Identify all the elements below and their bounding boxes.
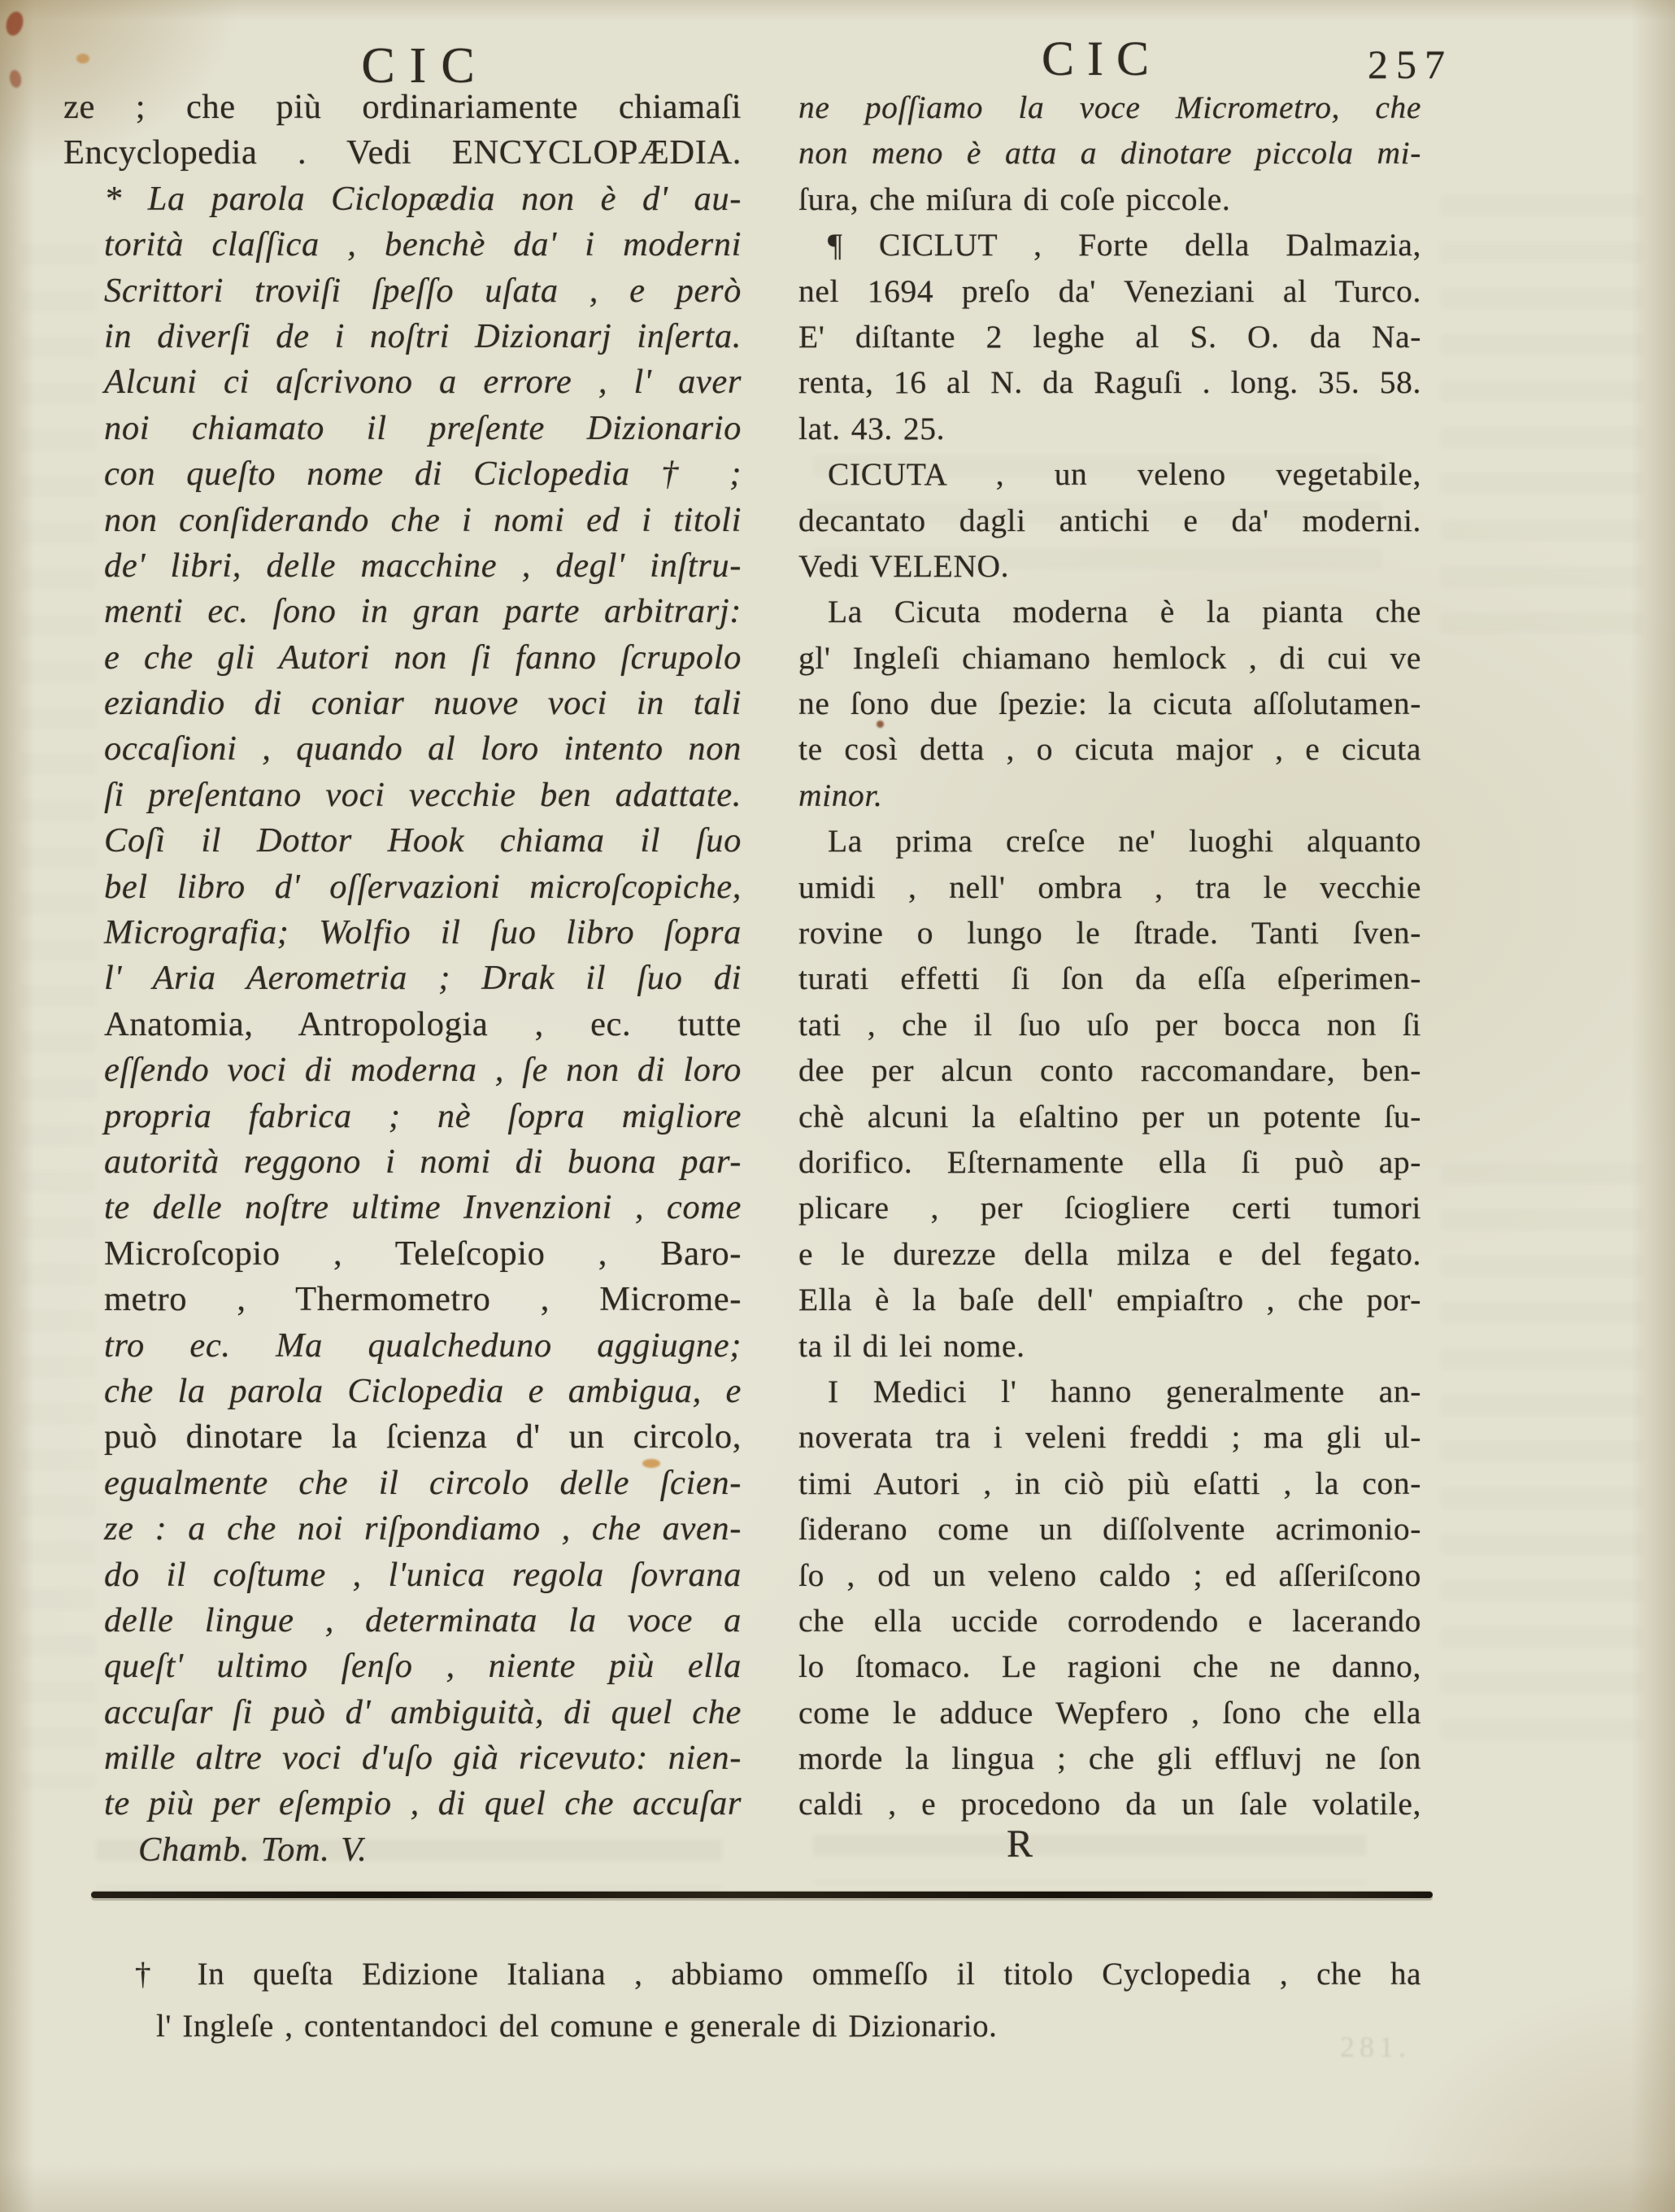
text-line: propria fabrica ; nè ſopra migliore [63,1094,742,1139]
text-line: E' diſtante 2 leghe al S. O. da Na- [798,314,1421,359]
text-line: Anatomia, Antropologia , ec. tutte [63,1002,742,1047]
text-line: bel libro d' oſſervazioni microſcopiche, [63,864,742,910]
text-line: l' Ingleſe , contentandoci del comune e … [135,2001,1421,2053]
text-line: occaſioni , quando al loro intento non [63,726,742,772]
left-column: ze ; che più ordinariamente chiamaſiEncy… [63,85,742,1873]
text-line: tati , che il ſuo uſo per bocca non ſi [798,1002,1421,1047]
text-line: delle lingue , determinata la voce a [63,1598,742,1644]
text-line: te più per eſempio , di quel che accuſar [63,1781,742,1827]
text-line: rovine o lungo le ſtrade. Tanti ſven- [798,910,1421,956]
text-line: che la parola Ciclopedia e ambigua, e [63,1369,742,1414]
text-line: La Cicuta moderna è la pianta che [798,589,1421,634]
text-line: non meno è atta a dinotare piccola mi- [798,130,1421,176]
text-line: caldi , e procedono da un ſale volatile, [798,1781,1421,1827]
text-line: Alcuni ci aſcrivono a errore , l' aver [63,359,742,405]
text-line: umidi , nell' ombra , tra le vecchie [798,864,1421,910]
text-line: Coſì il Dottor Hook chiama il ſuo [63,818,742,864]
text-line: ¶ CICLUT , Forte della Dalmazia, [798,222,1421,268]
ink-speck [3,10,25,37]
ghost-page-ref: 281. [1340,2030,1411,2064]
text-line: * La parola Ciclopædia non è d' au- [63,176,742,222]
text-line: accuſar ſi può d' ambiguità, di quel che [63,1690,742,1735]
text-line: gl' Ingleſi chiamano hemlock , di cui ve [798,635,1421,681]
text-line: plicare , per ſciogliere certi tumori [798,1185,1421,1230]
text-line: e le durezze della milza e del fegato. [798,1231,1421,1277]
text-line: Encyclopedia . Vedi ENCYCLOPÆDIA. [63,130,742,176]
text-line: ne ſono due ſpezie: la cicuta aſſolutame… [798,681,1421,726]
text-line: queſt' ultimo ſenſo , niente più ella [63,1644,742,1689]
text-line: autorità reggono i nomi di buona par- [63,1139,742,1185]
text-line: non conſiderando che i nomi ed i titoli [63,498,742,543]
text-line: torità claſſica , benchè da' i moderni [63,222,742,268]
bleed-through-smudge [813,1835,1366,1883]
text-line: decantato dagli antichi e da' moderni. [798,498,1421,543]
text-line: CICUTA , un veleno vegetabile, [798,451,1421,497]
text-line: Micrografia; Wolfio il ſuo libro ſopra [63,910,742,956]
text-line: Scrittori troviſi ſpeſſo uſata , e però [63,268,742,314]
text-line: eziandio di coniar nuove voci in tali [63,681,742,726]
book-page: CIC CIC 257 ze ; che più ordinariamente … [0,0,1675,2212]
footnote: † In queſta Edizione Italiana , abbiamo … [135,1949,1421,2053]
text-line: ze ; che più ordinariamente chiamaſi [63,85,742,130]
text-line: può dinotare la ſcienza d' un circolo, [63,1414,742,1460]
text-line: che ella uccide corrodendo e lacerando [798,1598,1421,1644]
text-line: come le adduce Wepfero , ſono che ella [798,1690,1421,1735]
bleed-through-smudge [1441,195,1642,651]
page-number: 257 [1368,41,1453,88]
text-line: l' Aria Aerometria ; Drak il ſuo di [63,956,742,1001]
text-line: lo ſtomaco. Le ragioni che ne danno, [798,1644,1421,1689]
text-line: chè alcuni la eſaltino per un potente ſu… [798,1094,1421,1139]
text-line: I Medici l' hanno generalmente an- [798,1369,1421,1414]
text-line: † In queſta Edizione Italiana , abbiamo … [135,1949,1421,2001]
text-line: dee per alcun conto raccomandare, ben- [798,1047,1421,1093]
text-line: con queſto nome di Ciclopedia † ; [63,451,742,497]
text-line: in diverſi de i noſtri Dizionarj inſerta… [63,314,742,359]
text-line: ſo , od un veleno caldo ; ed aſſeriſcono [798,1552,1421,1598]
text-line: ſi preſentano voci vecchie ben adattate. [63,773,742,818]
running-title-right: CIC [797,31,1407,87]
text-line: ze : a che noi riſpondiamo , che aven- [63,1506,742,1552]
text-line: eſſendo voci di moderna , ſe non di loro [63,1047,742,1093]
text-line: ta il di lei nome. [798,1323,1421,1369]
right-column: ne poſſiamo la voce Micrometro, chenon m… [798,85,1421,1827]
text-line: La prima creſce ne' luoghi alquanto [798,818,1421,864]
bleed-through-smudge [1441,1163,1642,1748]
text-line: noi chiamato il preſente Dizionario [63,406,742,451]
footnote-rule [91,1892,1433,1898]
text-line: ſura, che miſura di coſe piccole. [798,176,1421,222]
text-line: egualmente che il circolo delle ſcien- [63,1461,742,1506]
signature-mark: R [1007,1822,1033,1866]
text-line: Vedi VELENO. [798,543,1421,589]
text-line: noverata tra i veleni freddi ; ma gli ul… [798,1414,1421,1460]
text-line: do il coſtume , l'unica regola ſovrana [63,1552,742,1598]
text-line: minor. [798,773,1421,818]
text-line: te così detta , o cicuta major , e cicut… [798,726,1421,772]
text-line: de' libri, delle macchine , degl' inſtru… [63,543,742,589]
text-line: e che gli Autori non ſi fanno ſcrupolo [63,635,742,681]
ink-speck [8,69,23,89]
text-line: tro ec. Ma qualcheduno aggiugne; [63,1323,742,1369]
text-line: turati effetti ſi ſon da eſſa eſperimen- [798,956,1421,1001]
text-line: renta, 16 al N. da Raguſi . long. 35. 58… [798,359,1421,405]
text-line: morde la lingua ; che gli effluvj ne ſon [798,1735,1421,1781]
text-line: Chamb. Tom. V. [63,1827,742,1873]
text-line: Microſcopio , Teleſcopio , Baro- [63,1231,742,1277]
text-line: ne poſſiamo la voce Micrometro, che [798,85,1421,130]
text-line: Ella è la baſe dell' empiaſtro , che por… [798,1277,1421,1322]
text-line: nel 1694 preſo da' Veneziani al Turco. [798,268,1421,314]
text-line: te delle noſtre ultime Invenzioni , come [63,1185,742,1230]
text-line: menti ec. ſono in gran parte arbitrarj: [63,589,742,634]
text-line: dorifico. Eſternamente ella ſi può ap- [798,1139,1421,1185]
text-line: metro , Thermometro , Microme- [63,1277,742,1322]
text-line: timi Autori , in ciò più eſatti , la con… [798,1461,1421,1506]
text-line: mille altre voci d'uſo già ricevuto: nie… [63,1735,742,1781]
text-line: ſiderano come un diſſolvente acrimonio- [798,1506,1421,1552]
text-line: lat. 43. 25. [798,406,1421,451]
